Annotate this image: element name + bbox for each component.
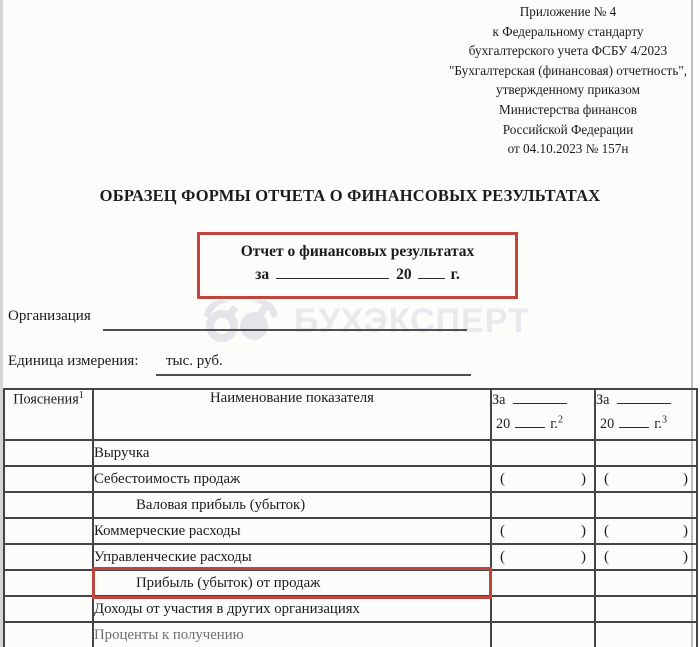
parentheses-blank: () bbox=[596, 523, 696, 540]
explanations-cell bbox=[4, 544, 93, 570]
period2-blank-field bbox=[617, 390, 671, 404]
value-cell bbox=[491, 440, 595, 466]
appendix-header-block: Приложение № 4 к Федеральному стандарту … bbox=[428, 2, 700, 159]
page-title: ОБРАЗЕЦ ФОРМЫ ОТЧЕТА О ФИНАНСОВЫХ РЕЗУЛЬ… bbox=[4, 186, 696, 206]
organization-label: Организация bbox=[8, 308, 91, 325]
period2-line1: За bbox=[596, 390, 696, 409]
report-table-body: ВыручкаСебестоимость продаж()()Валовая п… bbox=[4, 440, 697, 647]
parentheses-blank: () bbox=[492, 523, 594, 540]
parentheses-blank: () bbox=[492, 471, 594, 488]
document-page: Приложение № 4 к Федеральному стандарту … bbox=[0, 0, 700, 647]
unit-of-measure-label: Единица измерения: bbox=[8, 353, 138, 370]
table-row: Управленческие расходы()() bbox=[4, 544, 697, 570]
period-suffix: г. bbox=[451, 266, 460, 283]
parentheses-blank: () bbox=[596, 549, 696, 566]
period2-line2: 20г.3 bbox=[596, 414, 696, 433]
value-cell bbox=[595, 596, 697, 622]
parentheses-blank: () bbox=[492, 549, 594, 566]
parentheses-blank: () bbox=[596, 471, 696, 488]
explanations-cell bbox=[4, 466, 93, 492]
table-row: Прибыль (убыток) от продаж bbox=[4, 570, 697, 596]
appendix-line: бухгалтерского учета ФСБУ 4/2023 bbox=[428, 41, 700, 61]
value-cell: () bbox=[491, 518, 595, 544]
report-period-line: за20г. bbox=[200, 265, 515, 284]
explanations-header-label: Пояснения bbox=[13, 392, 79, 408]
value-cell bbox=[595, 622, 697, 647]
indicator-name-label: Себестоимость продаж bbox=[94, 471, 240, 487]
appendix-line: утвержденному приказом bbox=[428, 80, 700, 100]
period2-footnote-mark: 3 bbox=[662, 414, 667, 425]
indicator-name-label: Коммерческие расходы bbox=[94, 523, 241, 539]
value-cell bbox=[491, 570, 595, 596]
value-cell bbox=[491, 596, 595, 622]
explanations-cell bbox=[4, 492, 93, 518]
period1-blank-field bbox=[513, 390, 567, 404]
period2-header: За 20г.3 bbox=[595, 389, 697, 440]
period-blank-field bbox=[276, 265, 389, 279]
appendix-line: от 04.10.2023 № 157н bbox=[428, 139, 700, 159]
indicator-name-cell: Прибыль (убыток) от продаж bbox=[93, 570, 491, 596]
value-cell: () bbox=[595, 544, 697, 570]
indicator-header-label: Наименование показателя bbox=[210, 390, 374, 406]
explanations-cell bbox=[4, 622, 93, 647]
value-cell: () bbox=[491, 466, 595, 492]
indicator-name-header: Наименование показателя bbox=[93, 389, 491, 440]
indicator-name-label: Проценты к получению bbox=[94, 627, 244, 643]
value-cell bbox=[491, 492, 595, 518]
organization-blank-field bbox=[103, 329, 467, 331]
period-year: 20 bbox=[396, 266, 412, 283]
indicator-name-cell: Управленческие расходы bbox=[93, 544, 491, 570]
explanations-header: Пояснения1 bbox=[4, 389, 93, 440]
period1-year-blank-field bbox=[515, 414, 545, 428]
report-title-red-box: Отчет о финансовых результатах за20г. bbox=[197, 232, 518, 299]
explanations-cell bbox=[4, 440, 93, 466]
value-cell bbox=[595, 570, 697, 596]
watermark-text: БУХЭКСПЕРТ bbox=[294, 296, 530, 346]
explanations-cell bbox=[4, 596, 93, 622]
indicator-name-label: Прибыль (убыток) от продаж bbox=[136, 575, 320, 591]
indicator-name-label: Управленческие расходы bbox=[94, 549, 252, 565]
explanations-cell bbox=[4, 570, 93, 596]
report-title: Отчет о финансовых результатах bbox=[200, 243, 515, 261]
table-header-row: Пояснения1 Наименование показателя За 20… bbox=[4, 389, 697, 440]
appendix-line: Министерства финансов bbox=[428, 100, 700, 120]
explanations-cell bbox=[4, 518, 93, 544]
period1-line2: 20г.2 bbox=[492, 414, 594, 433]
appendix-line: "Бухгалтерская (финансовая) отчетность", bbox=[428, 61, 700, 81]
indicator-name-label: Выручка bbox=[94, 445, 149, 461]
table-row: Доходы от участия в других организациях bbox=[4, 596, 697, 622]
indicator-name-cell: Проценты к получению bbox=[93, 622, 491, 647]
indicator-name-cell: Себестоимость продаж bbox=[93, 466, 491, 492]
table-row: Валовая прибыль (убыток) bbox=[4, 492, 697, 518]
value-cell bbox=[595, 440, 697, 466]
indicator-name-cell: Доходы от участия в других организациях bbox=[93, 596, 491, 622]
table-row: Коммерческие расходы()() bbox=[4, 518, 697, 544]
appendix-line: Российской Федерации bbox=[428, 120, 700, 140]
table-row: Выручка bbox=[4, 440, 697, 466]
owl-glasses-icon bbox=[196, 296, 286, 346]
unit-of-measure-value: тыс. руб. bbox=[166, 353, 223, 370]
appendix-line: Приложение № 4 bbox=[428, 2, 700, 22]
unit-blank-field bbox=[156, 374, 471, 376]
period1-line1: За bbox=[492, 390, 594, 409]
year-blank-field bbox=[418, 265, 445, 279]
watermark: БУХЭКСПЕРТ bbox=[196, 296, 530, 346]
indicator-name-label: Валовая прибыль (убыток) bbox=[136, 497, 305, 513]
value-cell bbox=[491, 622, 595, 647]
table-row: Себестоимость продаж()() bbox=[4, 466, 697, 492]
value-cell: () bbox=[595, 518, 697, 544]
table-row: Проценты к получению bbox=[4, 622, 697, 647]
value-cell: () bbox=[491, 544, 595, 570]
value-cell bbox=[595, 492, 697, 518]
explanations-footnote-mark: 1 bbox=[79, 390, 84, 401]
period1-header: За 20г.2 bbox=[491, 389, 595, 440]
appendix-line: к Федеральному стандарту bbox=[428, 22, 700, 42]
indicator-name-label: Доходы от участия в других организациях bbox=[94, 601, 360, 617]
value-cell: () bbox=[595, 466, 697, 492]
financial-results-table: Пояснения1 Наименование показателя За 20… bbox=[3, 388, 698, 647]
indicator-name-cell: Выручка bbox=[93, 440, 491, 466]
period2-year-blank-field bbox=[619, 414, 649, 428]
period1-footnote-mark: 2 bbox=[558, 414, 563, 425]
period-prefix: за bbox=[255, 266, 269, 283]
indicator-name-cell: Валовая прибыль (убыток) bbox=[93, 492, 491, 518]
indicator-name-cell: Коммерческие расходы bbox=[93, 518, 491, 544]
